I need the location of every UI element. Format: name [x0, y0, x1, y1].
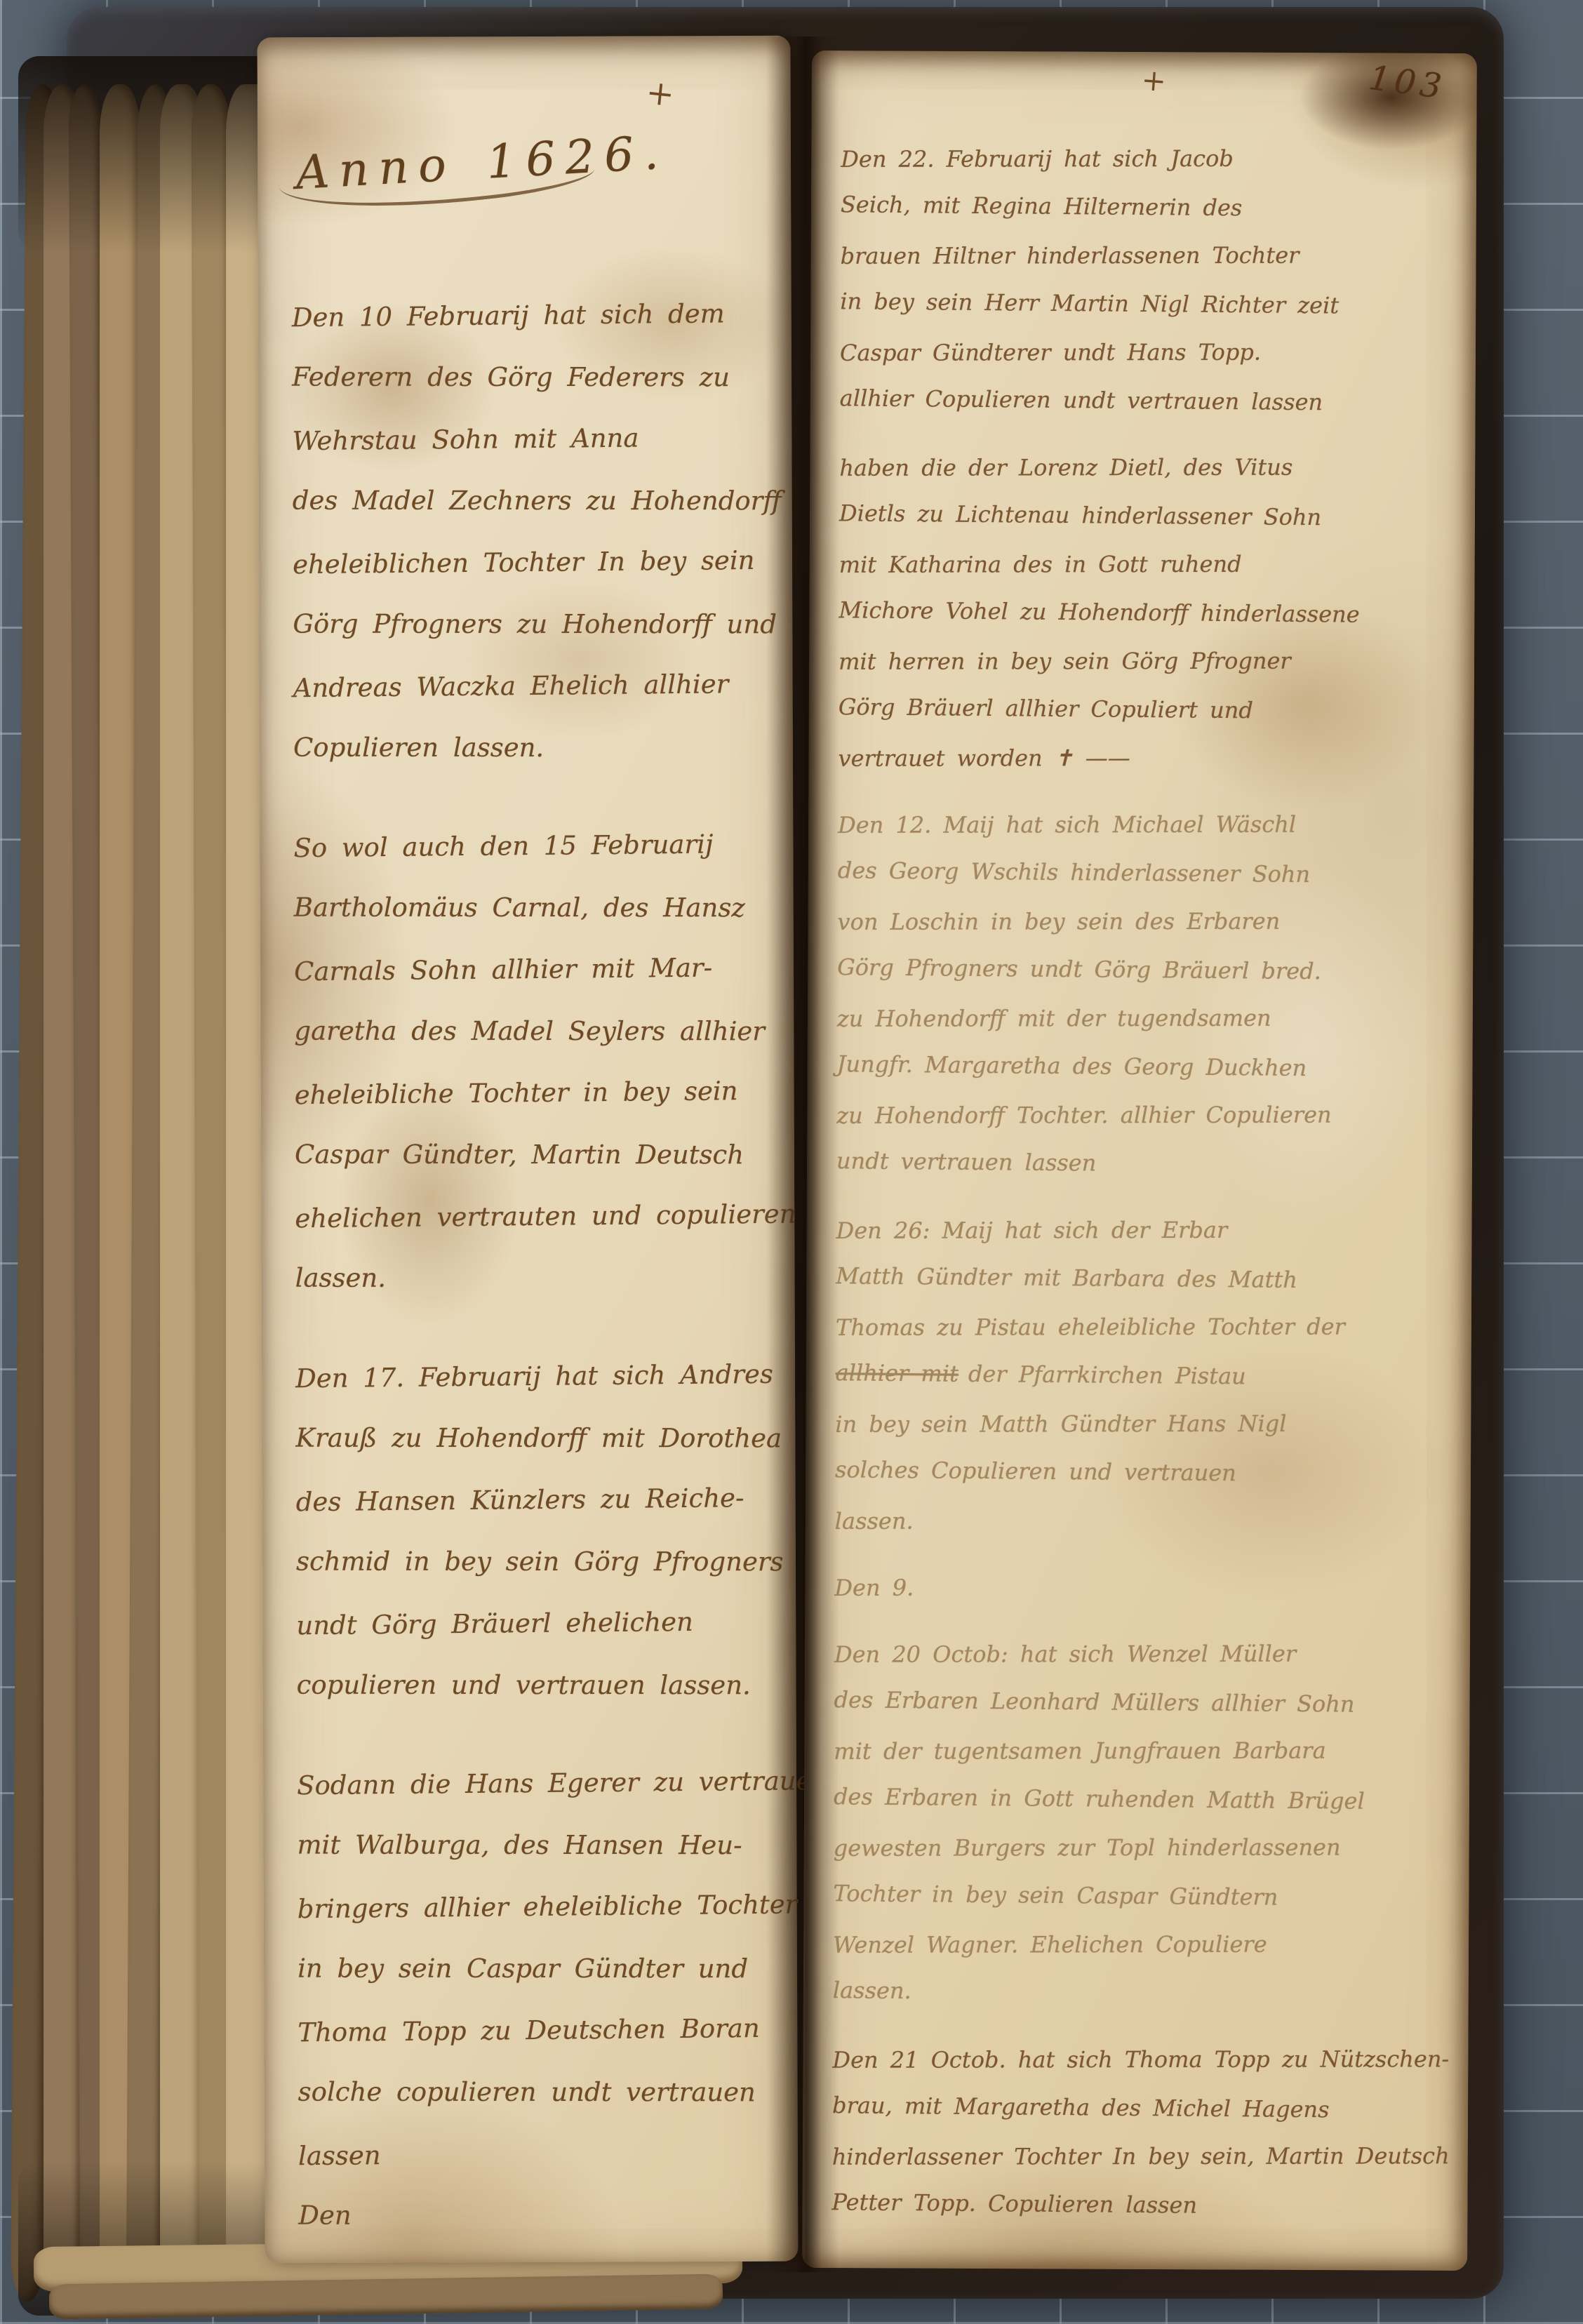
left-page-text: + Anno 1626. Den 10 Februarij hat sich d… [291, 67, 783, 2284]
manuscript-line: Görg Pfrogners zu Hohendorff und [293, 594, 777, 656]
manuscript-line: Thoma Topp zu Deutschen Boran [298, 1998, 782, 2064]
line-text: der Pfarrkirchen Pistau [968, 1361, 1246, 1389]
register-entry: Sodann die Hans Egerer zu vertrauenmit W… [297, 1752, 782, 2248]
manuscript-line: in bey sein Herr Martin Nigl Richter zei… [840, 277, 1462, 331]
manuscript-line: solches Copulieren und vertrauen [835, 1445, 1457, 1500]
manuscript-line: solche copulieren undt vertrauen [298, 2062, 782, 2124]
photo-backdrop-grid: { "colors": { "background_grid": "#4f5b6… [0, 0, 1583, 2324]
manuscript-line: in bey sein Caspar Gündter und [298, 1938, 782, 2001]
manuscript-line: eheleibliche Tochter in bey sein [294, 1060, 779, 1127]
manuscript-line: Wehrstau Sohn mit Anna [292, 406, 777, 473]
manuscript-line: hinderlassener Tochter In bey sein, Mart… [832, 2132, 1454, 2182]
manuscript-line: Michore Vohel zu Hohendorff hinderlassen… [839, 586, 1461, 640]
manuscript-line: Görg Pfrogners undt Görg Bräuerl bred. [837, 943, 1460, 997]
manuscript-line: zu Hohendorff mit der tugendsamen [837, 994, 1459, 1043]
manuscript-line: Tochter in bey sein Caspar Gündtern [833, 1869, 1455, 1923]
manuscript-line: Wenzel Wagner. Ehelichen Copuliere [833, 1920, 1455, 1970]
manuscript-line: haben die der Lorenz Dietl, des Vitus [839, 443, 1461, 493]
manuscript-line: Thomas zu Pistau eheleibliche Tochter de… [836, 1302, 1457, 1352]
page-edge-stack [18, 84, 285, 2302]
edge-shadow-top [18, 56, 285, 253]
manuscript-line: mit Walburga, des Hansen Heu- [297, 1815, 781, 1877]
manuscript-line: Matth Gündter mit Barbara des Matth [836, 1252, 1458, 1306]
register-entry: Den 21 Octob. hat sich Thoma Topp zu Nüt… [831, 2034, 1454, 2231]
manuscript-line: Bartholomäus Carnal, des Hansz [294, 877, 778, 940]
manuscript-line: mit der tugentsamen Jungfrauen Barbara [834, 1726, 1455, 1776]
manuscript-line: brau, mit Margaretha des Michel Hagens [832, 2081, 1455, 2135]
register-entry: Den 17. Februarij hat sich AndresKrauß z… [295, 1345, 781, 1717]
manuscript-line: Seich, mit Regina Hilternerin des [841, 180, 1463, 234]
manuscript-line: Den 17. Februarij hat sich Andres [295, 1344, 780, 1410]
manuscript-line: garetha des Madel Seylers allhier [294, 1001, 778, 1063]
manuscript-line: allhier Copulieren undt vertrauen lassen [839, 374, 1462, 428]
manuscript-line: Den 22. Februarij hat sich Jacob [841, 134, 1462, 184]
manuscript-line: des Georg Wschils hinderlassener Sohn [838, 846, 1460, 900]
manuscript-line: Caspar Gündterer undt Hans Topp. [840, 328, 1462, 378]
manuscript-line: zu Hohendorff Tochter. allhier Copuliere… [836, 1090, 1458, 1140]
manuscript-line: Den 10 Februarij hat sich dem [291, 283, 776, 349]
manuscript-line: Caspar Gündter, Martin Deutsch [295, 1124, 779, 1187]
cross-mark-icon: + [1140, 62, 1168, 98]
manuscript-line: Federern des Görg Federers zu [292, 347, 776, 409]
manuscript-line: ehelichen vertrauten und copulieren [295, 1184, 780, 1250]
right-page-text: Den 22. Februarij hat sich JacobSeich, m… [831, 133, 1462, 2249]
manuscript-line: gewesten Burgers zur Topl hinderlassenen [834, 1823, 1455, 1873]
manuscript-line: des Erbaren in Gott ruhenden Matth Brüge… [834, 1772, 1456, 1827]
register-entry: Den 12. Maij hat sich Michael Wäschldes … [836, 799, 1460, 1189]
manuscript-line: Den 26: Maij hat sich der Erbar [836, 1206, 1458, 1255]
register-entry: haben die der Lorenz Dietl, des VitusDie… [838, 442, 1461, 784]
manuscript-line: Den 20 Octob: hat sich Wenzel Müller [834, 1629, 1456, 1679]
manuscript-line: lassen. [835, 1496, 1457, 1546]
manuscript-line: Krauß zu Hohendorff mit Dorothea [295, 1408, 780, 1470]
cross-mark-icon: + [643, 62, 677, 126]
manuscript-line: lassen [298, 2121, 783, 2188]
manuscript-line: Den 21 Octob. hat sich Thoma Topp zu Nüt… [832, 2035, 1454, 2085]
manuscript-line: Sodann die Hans Egerer zu vertrauen [297, 1751, 782, 1817]
manuscript-line: bringers allhier eheleibliche Tochter [297, 1874, 782, 1941]
manuscript-line: Den 12. Maij hat sich Michael Wäschl [838, 800, 1460, 850]
manuscript-page-left: + Anno 1626. Den 10 Februarij hat sich d… [257, 36, 798, 2264]
manuscript-line: Dietls zu Lichtenau hinderlassener Sohn [839, 489, 1462, 543]
manuscript-line: des Erbaren Leonhard Müllers allhier Soh… [834, 1676, 1456, 1730]
manuscript-line: Copulieren lassen. [293, 717, 777, 780]
manuscript-line: undt vertrauen lassen [836, 1137, 1459, 1191]
manuscript-line: Den [298, 2185, 782, 2248]
manuscript-line: schmid in bey sein Görg Pfrogners [296, 1531, 780, 1594]
register-entry: Den 9. [834, 1562, 1456, 1613]
manuscript-line: von Loschin in bey sein des Erbaren [837, 897, 1459, 947]
manuscript-line: lassen. [295, 1248, 780, 1310]
year-heading: Anno 1626. [294, 121, 669, 204]
manuscript-line: in bey sein Matth Gündter Hans Nigl [835, 1399, 1457, 1449]
manuscript-line: des Hansen Künzlers zu Reiche- [295, 1467, 780, 1534]
register-entry: So wol auch den 15 FebruarijBartholomäus… [293, 815, 779, 1310]
struck-text: allhier mit [836, 1359, 959, 1387]
manuscript-line: des Madel Zechners zu Hohendorff [293, 470, 777, 533]
register-entry: Den 20 Octob: hat sich Wenzel Müllerdes … [833, 1629, 1456, 2019]
year-heading-block: + Anno 1626. [291, 67, 776, 286]
manuscript-line: mit herren in bey sein Görg Pfrogner [839, 636, 1460, 686]
manuscript-line: brauen Hiltner hinderlassenen Tochter [841, 231, 1462, 281]
manuscript-line: Petter Topp. Copulieren lassen [831, 2178, 1454, 2232]
register-entry: Den 22. Februarij hat sich JacobSeich, m… [840, 133, 1463, 427]
manuscript-line: Jungfr. Margaretha des Georg Duckhen [836, 1040, 1459, 1094]
manuscript-line: allhier mitder Pfarrkirchen Pistau [835, 1349, 1457, 1403]
manuscript-line: So wol auch den 15 Februarij [293, 813, 778, 880]
manuscript-line: Den 9. [834, 1563, 1456, 1612]
manuscript-line: mit Katharina des in Gott ruhend [839, 540, 1461, 589]
manuscript-line: Carnals Sohn allhier mit Mar- [294, 937, 779, 1003]
manuscript-line: copulieren und vertrauen lassen. [297, 1655, 781, 1717]
manuscript-line: Görg Bräuerl allhier Copuliert und [839, 683, 1461, 737]
manuscript-line: undt Görg Bräuerl ehelichen [296, 1591, 781, 1657]
manuscript-line: lassen. [833, 1966, 1455, 2020]
manuscript-line: vertrauet worden ✝ —— [838, 733, 1460, 783]
manuscript-line: eheleiblichen Tochter In bey sein [293, 530, 777, 596]
register-entry: Den 10 Februarij hat sich demFederern de… [292, 284, 777, 780]
manuscript-line: Andreas Waczka Ehelich allhier [293, 653, 777, 720]
manuscript-page-right: 103 + Den 22. Februarij hat sich JacobSe… [802, 51, 1477, 2271]
register-entry: Den 26: Maij hat sich der Erbar Matth Gü… [835, 1205, 1458, 1547]
